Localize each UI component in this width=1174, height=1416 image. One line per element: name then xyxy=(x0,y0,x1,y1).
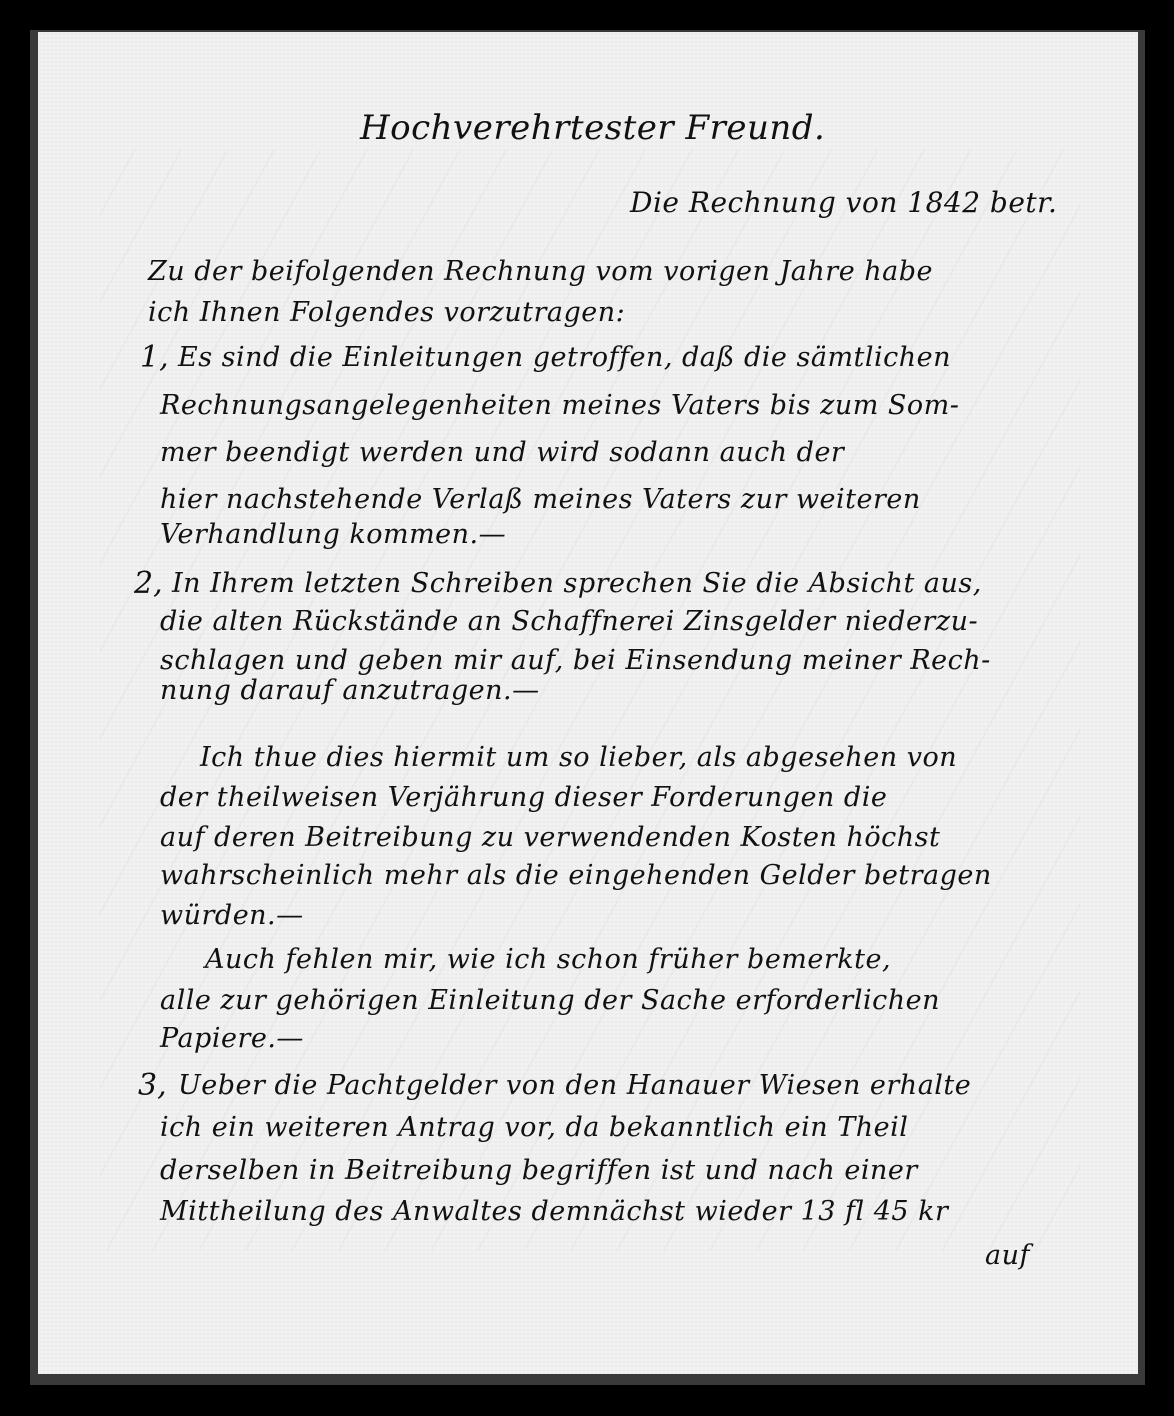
para-2a-line-2: der theilweisen Verjährung dieser Forder… xyxy=(160,782,887,813)
para-2a-line-1: Ich thue dies hiermit um so lieber, als … xyxy=(200,742,957,773)
point-3-line-4: Mittheilung des Anwaltes demnächst wiede… xyxy=(160,1196,948,1227)
para-2b-line-2: alle zur gehörigen Einleitung der Sache … xyxy=(160,985,940,1016)
point-2-number: 2, xyxy=(134,566,163,601)
point-3-line-2: ich ein weiteren Antrag vor, da bekanntl… xyxy=(160,1112,908,1143)
point-1-line-5: Verhandlung kommen.— xyxy=(160,519,506,550)
point-3-line-5: auf xyxy=(985,1240,1030,1271)
para-2a-line-3: auf deren Beitreibung zu verwendenden Ko… xyxy=(160,822,940,853)
intro-line-2: ich Ihnen Folgendes vorzutragen: xyxy=(148,297,625,328)
point-1-line-4: hier nachstehende Verlaß meines Vaters z… xyxy=(160,484,921,515)
point-1-line-2: Rechnungsangelegenheiten meines Vaters b… xyxy=(160,390,959,421)
point-2-line-1: In Ihrem letzten Schreiben sprechen Sie … xyxy=(172,568,982,599)
para-2b-line-1: Auch fehlen mir, wie ich schon früher be… xyxy=(205,944,891,975)
para-2a-line-5: würden.— xyxy=(160,900,304,931)
intro-line-1: Zu der beifolgenden Rechnung vom vorigen… xyxy=(148,256,933,287)
point-2-line-3: schlagen und geben mir auf, bei Einsendu… xyxy=(160,645,991,676)
point-1-line-3: mer beendigt werden und wird sodann auch… xyxy=(160,437,844,468)
point-2-line-4: nung darauf anzutragen.— xyxy=(160,675,540,706)
point-1-line-1: Es sind die Einleitungen getroffen, daß … xyxy=(178,342,951,373)
point-2-line-2: die alten Rückstände an Schaffnerei Zins… xyxy=(160,606,978,637)
salutation: Hochverehrtester Freund. xyxy=(360,108,825,148)
subject-line: Die Rechnung von 1842 betr. xyxy=(630,186,1057,219)
point-3-number: 3, xyxy=(138,1068,167,1103)
point-3-line-3: derselben in Beitreibung begriffen ist u… xyxy=(160,1155,918,1186)
para-2b-line-3: Papiere.— xyxy=(160,1023,304,1054)
para-2a-line-4: wahrscheinlich mehr als die eingehenden … xyxy=(160,860,992,891)
point-1-number: 1, xyxy=(140,340,169,375)
point-3-line-1: Ueber die Pachtgelder von den Hanauer Wi… xyxy=(178,1070,971,1101)
